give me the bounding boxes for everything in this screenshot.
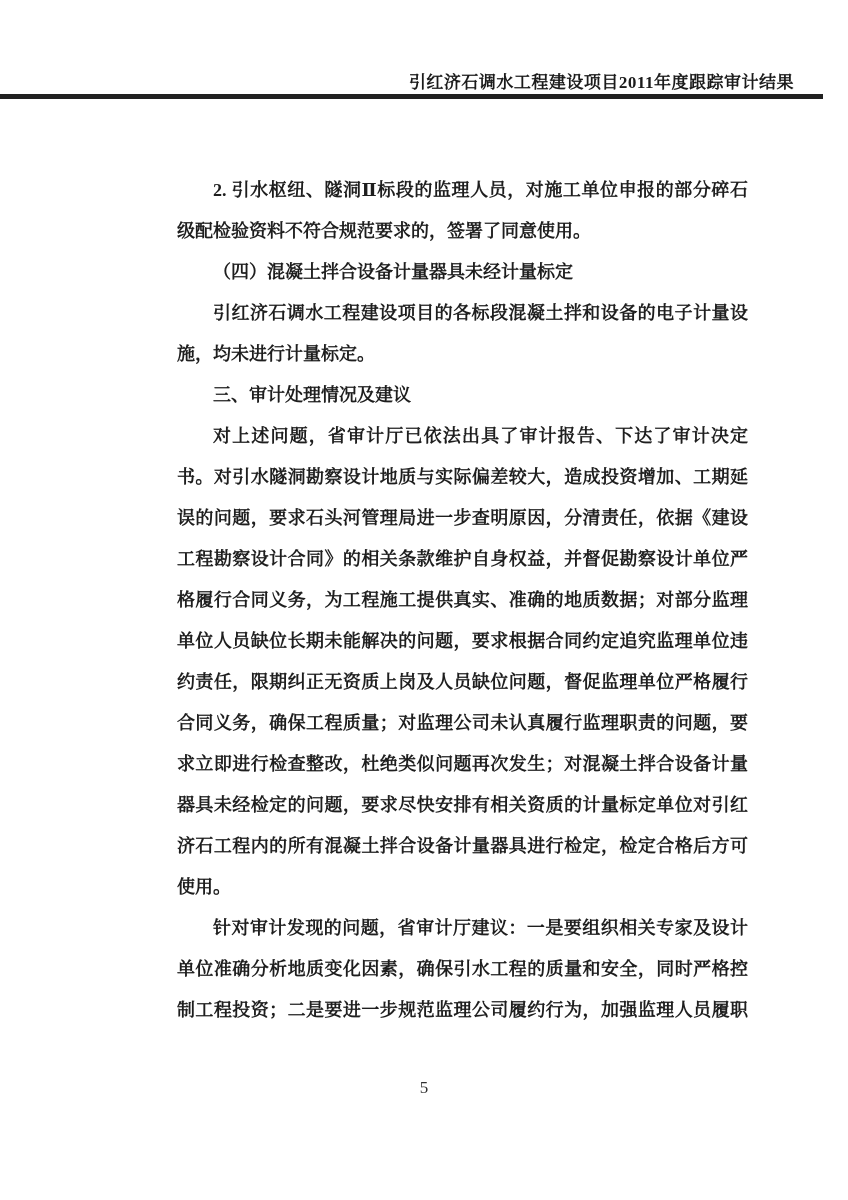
- subsection-heading: （四）混凝土拌合设备计量器具未经计量标定: [177, 252, 748, 293]
- body-line: 器具未经检定的问题，要求尽快安排有相关资质的计量标定单位对引红: [177, 785, 748, 826]
- body-line: 针对审计发现的问题，省审计厅建议：一是要组织相关专家及设计: [177, 908, 748, 949]
- body-line: 格履行合同义务，为工程施工提供真实、准确的地质数据；对部分监理: [177, 580, 748, 621]
- body-line: 施，均未进行计量标定。: [177, 334, 748, 375]
- body-line: 2. 引水枢纽、隧洞Ⅱ标段的监理人员，对施工单位申报的部分碎石: [177, 170, 748, 211]
- header-title: 引红济石调水工程建设项目2011年度跟踪审计结果: [409, 68, 794, 93]
- body-line: 对上述问题，省审计厅已依法出具了审计报告、下达了审计决定: [177, 416, 748, 457]
- body-line: 使用。: [177, 867, 748, 908]
- body-line: 误的问题，要求石头河管理局进一步查明原因，分清责任，依据《建设: [177, 498, 748, 539]
- section-heading: 三、审计处理情况及建议: [177, 375, 748, 416]
- body-line: 制工程投资；二是要进一步规范监理公司履约行为，加强监理人员履职: [177, 990, 748, 1031]
- document-body: 2. 引水枢纽、隧洞Ⅱ标段的监理人员，对施工单位申报的部分碎石 级配检验资料不符…: [177, 170, 748, 1031]
- body-line: 约责任，限期纠正无资质上岗及人员缺位问题，督促监理单位严格履行: [177, 662, 748, 703]
- body-line: 求立即进行检查整改，杜绝类似问题再次发生；对混凝土拌合设备计量: [177, 744, 748, 785]
- header-rule: [0, 94, 823, 99]
- body-line: 引红济石调水工程建设项目的各标段混凝土拌和设备的电子计量设: [177, 293, 748, 334]
- body-line: 工程勘察设计合同》的相关条款维护自身权益，并督促勘察设计单位严: [177, 539, 748, 580]
- body-line: 济石工程内的所有混凝土拌合设备计量器具进行检定，检定合格后方可: [177, 826, 748, 867]
- body-line: 合同义务，确保工程质量；对监理公司未认真履行监理职责的问题，要: [177, 703, 748, 744]
- body-line: 单位准确分析地质变化因素，确保引水工程的质量和安全，同时严格控: [177, 949, 748, 990]
- document-page: 引红济石调水工程建设项目2011年度跟踪审计结果 2. 引水枢纽、隧洞Ⅱ标段的监…: [0, 0, 848, 1200]
- body-line: 书。对引水隧洞勘察设计地质与实际偏差较大，造成投资增加、工期延: [177, 457, 748, 498]
- page-number: 5: [420, 1078, 429, 1097]
- page-footer: 5: [0, 1078, 848, 1098]
- body-line: 级配检验资料不符合规范要求的，签署了同意使用。: [177, 211, 748, 252]
- body-line: 单位人员缺位长期未能解决的问题，要求根据合同约定追究监理单位违: [177, 621, 748, 662]
